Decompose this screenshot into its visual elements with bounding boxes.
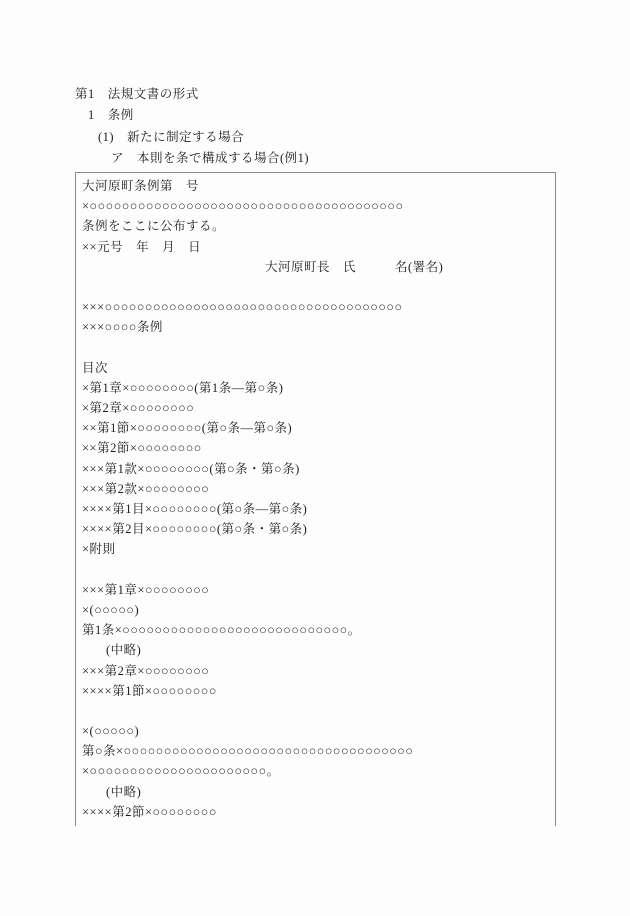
box-row: (中略) [82, 782, 549, 802]
box-row [82, 560, 549, 580]
box-row: ××××第2節×○○○○○○○○ [82, 802, 549, 822]
heading-line: 1 条例 [75, 105, 309, 126]
heading-line: 第1 法規文書の形式 [75, 84, 309, 105]
box-row: ××第1節×○○○○○○○○(第○条―第○条) [82, 418, 549, 438]
box-row: 目次 [82, 358, 549, 378]
box-row: ×××第2款×○○○○○○○○ [82, 479, 549, 499]
box-row: ×第1章×○○○○○○○○(第1条―第○条) [82, 378, 549, 398]
box-row: ××××第1目×○○○○○○○○(第○条―第○条) [82, 499, 549, 519]
box-row [82, 338, 549, 358]
document-page: 第1 法規文書の形式1 条例(1) 新たに制定する場合ア 本則を条で構成する場合… [0, 0, 630, 916]
box-row: ×××第1款×○○○○○○○○(第○条・第○条) [82, 459, 549, 479]
box-row: ×第2章×○○○○○○○○ [82, 398, 549, 418]
box-row: ×(○○○○○) [82, 721, 549, 741]
box-row: ××第2節×○○○○○○○○ [82, 438, 549, 458]
box-row: ×××第1章×○○○○○○○○ [82, 580, 549, 600]
box-row: 大河原町長 氏 名(署名) [82, 257, 549, 277]
box-row: ×○○○○○○○○○○○○○○○○○○○○○○。 [82, 761, 549, 781]
box-row [82, 277, 549, 297]
heading-line: ア 本則を条で構成する場合(例1) [75, 148, 309, 169]
example-box: 大河原町条例第 号×○○○○○○○○○○○○○○○○○○○○○○○○○○○○○○… [75, 172, 556, 826]
box-row: ×××○○○○○○○○○○○○○○○○○○○○○○○○○○○○○○○○○○○○○ [82, 297, 549, 317]
box-row: 条例をここに公布する。 [82, 216, 549, 236]
box-row: 第○条×○○○○○○○○○○○○○○○○○○○○○○○○○○○○○○○○○○○○ [82, 741, 549, 761]
box-row: ××元号 年 月 日 [82, 237, 549, 257]
box-row: ×附則 [82, 539, 549, 559]
box-row: 第1条×○○○○○○○○○○○○○○○○○○○○○○○○○○○○。 [82, 620, 549, 640]
box-row: ××××第1節×○○○○○○○○ [82, 681, 549, 701]
box-row: (中略) [82, 640, 549, 660]
box-row: ×××○○○○条例 [82, 317, 549, 337]
box-row: ×○○○○○○○○○○○○○○○○○○○○○○○○○○○○○○○○○○○○○○○ [82, 196, 549, 216]
box-row: 大河原町条例第 号 [82, 176, 549, 196]
box-row: ××××第2目×○○○○○○○○(第○条・第○条) [82, 519, 549, 539]
document-heading: 第1 法規文書の形式1 条例(1) 新たに制定する場合ア 本則を条で構成する場合… [75, 84, 309, 169]
heading-line: (1) 新たに制定する場合 [75, 127, 309, 148]
box-row: ×(○○○○○) [82, 600, 549, 620]
box-row [82, 701, 549, 721]
box-row: ×××第2章×○○○○○○○○ [82, 661, 549, 681]
